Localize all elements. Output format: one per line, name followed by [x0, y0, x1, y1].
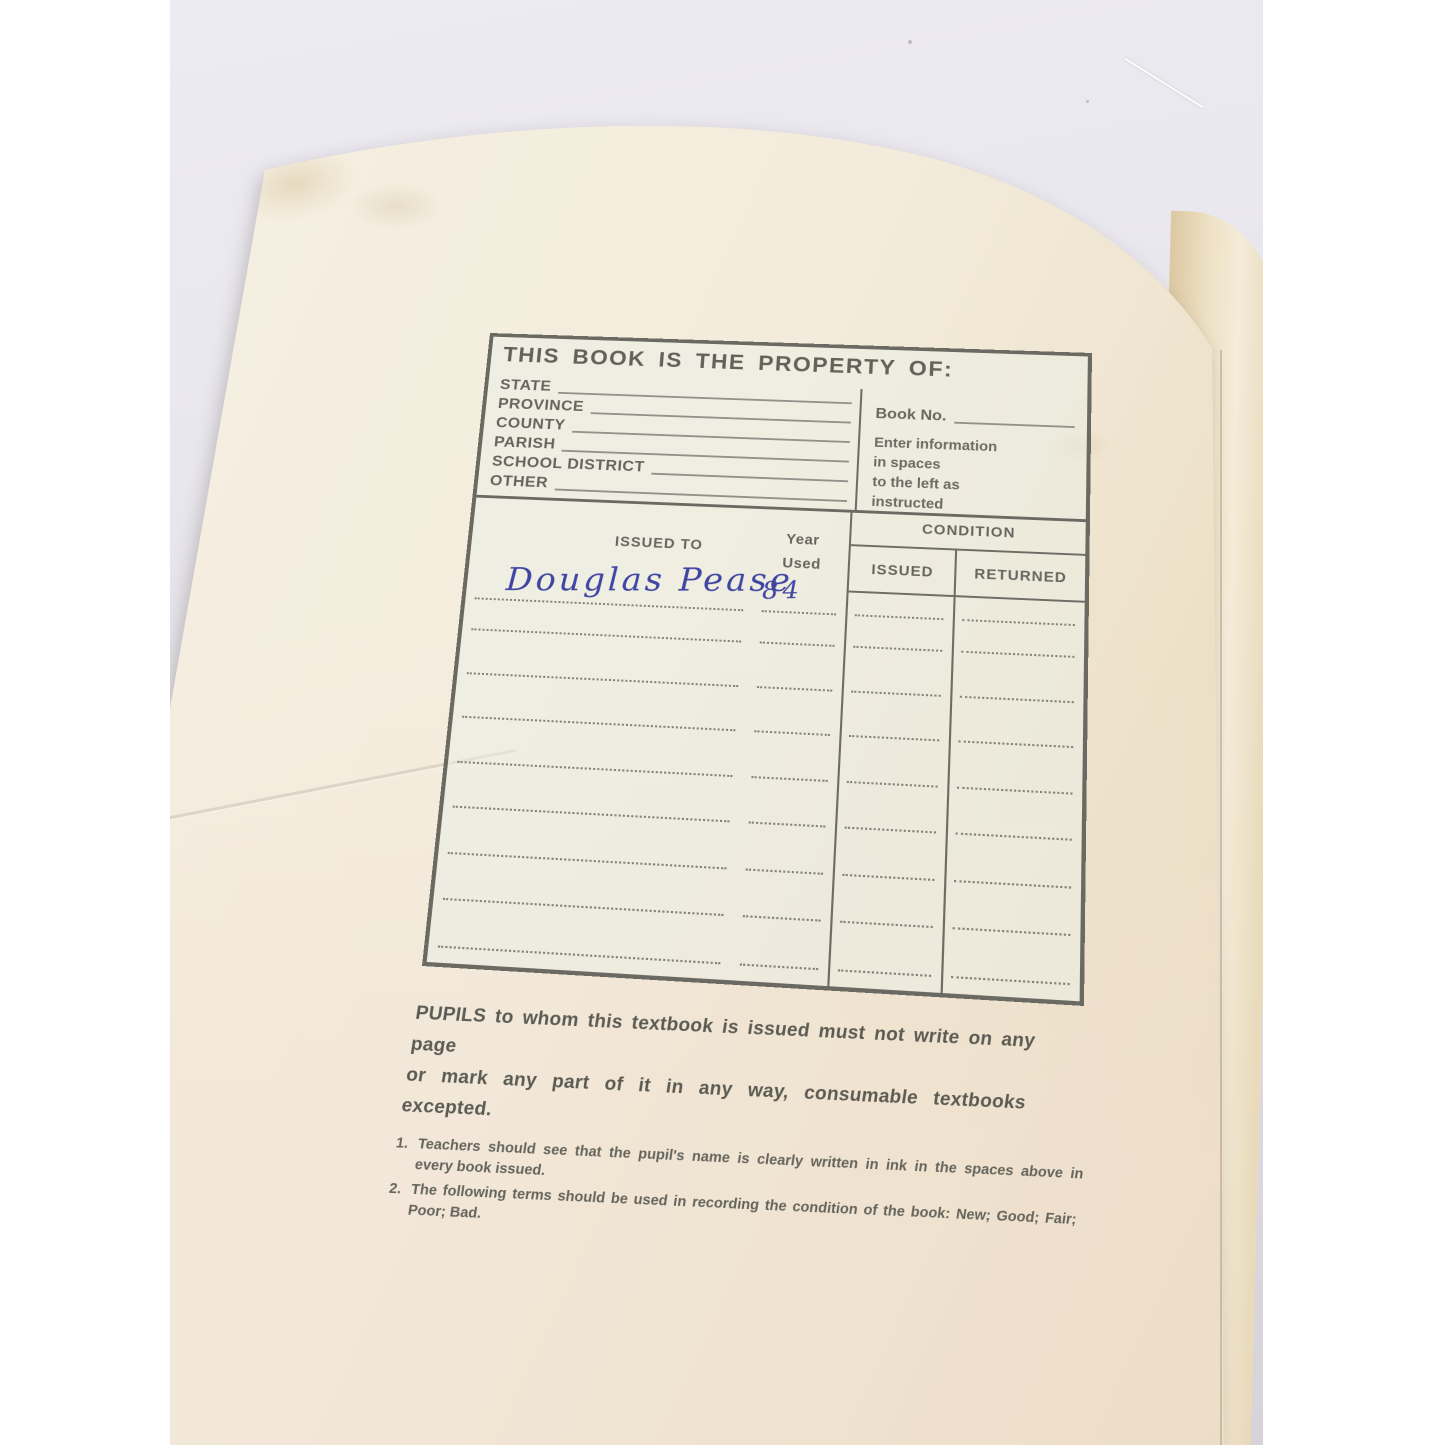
book-no-label: Book No.	[875, 406, 947, 425]
dotted-line	[757, 641, 835, 691]
dotted-line	[749, 775, 828, 827]
condition-underline	[851, 544, 1085, 556]
returned-cell	[944, 832, 1081, 887]
dotted-line	[743, 868, 823, 922]
corner-stain	[225, 137, 366, 230]
issued-cell	[833, 826, 946, 879]
dotted-line	[740, 915, 821, 970]
year-used-cell	[745, 685, 842, 734]
issued-cell	[840, 690, 951, 740]
dotted-line	[842, 827, 936, 881]
dotted-line	[951, 927, 1070, 985]
year-used-cell	[739, 775, 837, 826]
white-mat-left	[0, 0, 170, 1445]
issued-cell	[835, 780, 947, 832]
returned-cell	[947, 740, 1082, 793]
book-no-blank-line	[954, 422, 1074, 428]
year-used-cell	[736, 821, 835, 873]
dotted-line	[960, 651, 1075, 703]
dotted-line	[849, 690, 941, 741]
page-curl-seam	[1220, 350, 1222, 1445]
handwritten-year: 84	[762, 576, 803, 605]
issued-cell	[837, 734, 949, 785]
dotted-line	[851, 646, 942, 697]
returned-cell	[946, 786, 1082, 840]
condition-header: CONDITION	[852, 519, 1085, 544]
dotted-line	[838, 921, 933, 977]
issued-cell	[830, 873, 944, 927]
year-used-cell	[733, 867, 833, 920]
year-used-cell	[748, 641, 844, 690]
dotted-line	[746, 821, 826, 874]
page-smudge	[348, 182, 444, 230]
issued-cell	[842, 645, 952, 694]
ownership-form: THIS BOOK IS THE PROPERTY OF: STATE PROV…	[422, 333, 1092, 1006]
dotted-line	[754, 686, 832, 736]
book-no-row: Book No.	[875, 406, 1075, 430]
issued-cell	[828, 920, 943, 975]
photo-canvas: THIS BOOK IS THE PROPERTY OF: STATE PROV…	[0, 0, 1445, 1445]
returned-cell	[943, 879, 1081, 935]
year-used-cell	[750, 610, 845, 646]
photo-background: THIS BOOK IS THE PROPERTY OF: STATE PROV…	[170, 0, 1263, 1445]
instructions-block: Enter information in spaces to the left …	[871, 434, 997, 518]
handwritten-name: Douglas Pease	[505, 560, 793, 598]
dotted-line	[751, 730, 830, 781]
pupils-notice: PUPILS to whom this textbook is issued m…	[384, 998, 1108, 1256]
returned-cell	[950, 650, 1084, 701]
year-used-cell	[730, 915, 830, 969]
dotted-line	[958, 695, 1073, 748]
location-fields: STATE PROVINCE COUNTY PARISH SCHOOL DIST…	[489, 375, 853, 504]
table-body	[429, 576, 1085, 983]
returned-cell	[949, 695, 1084, 747]
dotted-line	[840, 873, 934, 928]
year-used-cell	[742, 730, 840, 780]
issued-cell	[844, 614, 953, 650]
returned-cell	[941, 927, 1080, 984]
issued-header: ISSUED	[850, 562, 954, 582]
returned-header: RETURNED	[956, 566, 1085, 587]
dotted-line	[847, 735, 939, 787]
dotted-line	[845, 780, 938, 833]
white-mat-right	[1263, 0, 1445, 1445]
fields-divider-line	[855, 389, 863, 510]
